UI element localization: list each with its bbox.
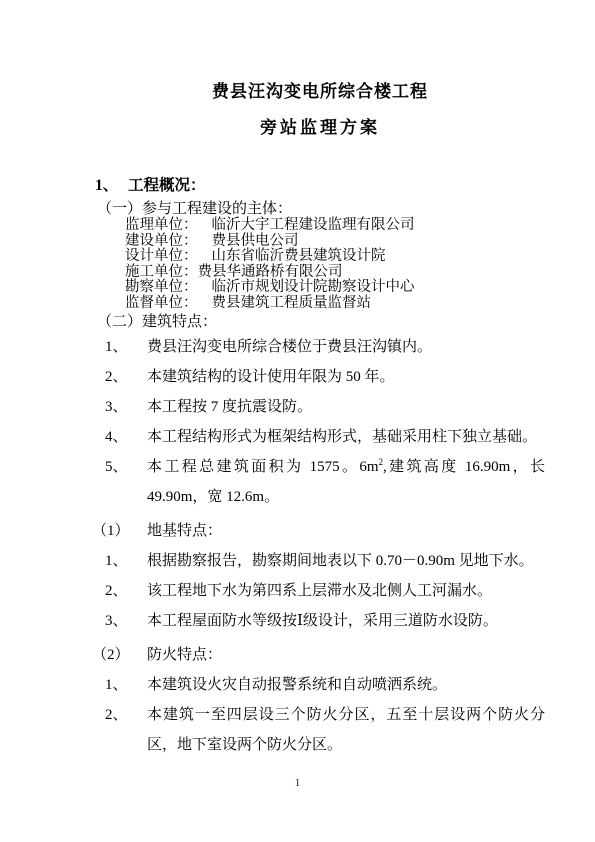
section-number: 1、: [95, 177, 128, 194]
party-row: 施工单位：费县华通路桥有限公司: [125, 265, 415, 281]
party-row: 设计单位：山东省临沂费县建筑设计院: [125, 249, 415, 265]
party-row: 监理单位：临沂大宇工程建设监理有限公司: [125, 218, 415, 234]
subsection-ground-label: （1）: [92, 516, 147, 546]
item-text: 该工程地下水为第四系上层滞水及北侧人工河漏水。: [147, 576, 545, 606]
item-number: 1、: [105, 332, 147, 362]
list-item: 1、 本建筑设火灾自动报警系统和自动喷洒系统。: [90, 670, 545, 700]
item-number: 1、: [105, 546, 147, 576]
subsection-parties-heading: （一）参与工程建设的主体：: [97, 201, 292, 217]
subsection-building-title: 建筑特点：: [142, 314, 217, 330]
subsection-fire-heading: （2） 防火特点：: [90, 640, 545, 670]
item-text-pre: 本工程总建筑面积为 1575。6m: [147, 459, 379, 475]
party-name: 费县华通路桥有限公司: [198, 264, 343, 280]
list-item: 5、 本工程总建筑面积为 1575。6m2,建筑高度 16.90m，长 49.9…: [90, 452, 545, 512]
party-role: 监理单位：: [125, 217, 198, 233]
document-title: 费县汪沟变电所综合楼工程: [90, 83, 550, 101]
list-item: 1、 根据勘察报告，勘察期间地表以下 0.70－0.90m 见地下水。: [90, 546, 545, 576]
item-number: 5、: [105, 452, 147, 512]
item-text: 本建筑结构的设计使用年限为 50 年。: [147, 362, 545, 392]
section-heading-overview: 1、工程概况：: [95, 177, 206, 194]
item-text: 本工程按 7 度抗震设防。: [147, 392, 545, 422]
numbered-list: 1、 费县汪沟变电所综合楼位于费县汪沟镇内。 2、 本建筑结构的设计使用年限为 …: [90, 332, 545, 760]
item-text: 根据勘察报告，勘察期间地表以下 0.70－0.90m 见地下水。: [147, 546, 545, 576]
item-number: 2、: [105, 700, 147, 760]
list-item: 2、 本建筑一至四层设三个防火分区，五至十层设两个防火分区，地下室设两个防火分区…: [90, 700, 545, 760]
party-row: 监督单位：费县建筑工程质量监督站: [125, 296, 415, 312]
party-role: 监督单位：: [125, 295, 198, 311]
item-text: 本工程结构形式为框架结构形式，基础采用柱下独立基础。: [147, 422, 545, 452]
item-number: 3、: [105, 606, 147, 636]
document-subtitle: 旁站监理方案: [90, 119, 550, 137]
item-number: 1、: [105, 670, 147, 700]
subsection-fire-label: （2）: [92, 640, 147, 670]
item-text: 费县汪沟变电所综合楼位于费县汪沟镇内。: [147, 332, 545, 362]
item-number: 2、: [105, 576, 147, 606]
party-name: 临沂大宇工程建设监理有限公司: [212, 217, 415, 233]
party-role: 施工单位：: [125, 264, 198, 280]
party-role: 建设单位：: [125, 233, 198, 249]
list-item: 1、 费县汪沟变电所综合楼位于费县汪沟镇内。: [90, 332, 545, 362]
subsection-parties-title: 参与工程建设的主体：: [142, 201, 292, 217]
item-number: 4、: [105, 422, 147, 452]
item-number: 3、: [105, 392, 147, 422]
item-text: 本工程屋面防水等级按Ⅰ级设计，采用三道防水设防。: [147, 606, 545, 636]
party-name: 临沂市规划设计院勘察设计中心: [212, 279, 415, 295]
party-name: 费县建筑工程质量监督站: [212, 295, 372, 311]
party-role: 勘察单位：: [125, 279, 198, 295]
list-item: 2、 该工程地下水为第四系上层滞水及北侧人工河漏水。: [90, 576, 545, 606]
list-item: 3、 本工程按 7 度抗震设防。: [90, 392, 545, 422]
item-text: 本建筑设火灾自动报警系统和自动喷洒系统。: [147, 670, 545, 700]
section-title: 工程概况：: [128, 177, 206, 194]
party-name: 山东省临沂费县建筑设计院: [212, 248, 386, 264]
party-name: 费县供电公司: [212, 233, 299, 249]
item-text: 本工程总建筑面积为 1575。6m2,建筑高度 16.90m，长 49.90m，…: [147, 452, 545, 512]
page-number: 1: [0, 777, 595, 789]
list-item: 4、 本工程结构形式为框架结构形式，基础采用柱下独立基础。: [90, 422, 545, 452]
parties-list: 监理单位：临沂大宇工程建设监理有限公司 建设单位：费县供电公司 设计单位：山东省…: [125, 218, 415, 311]
subsection-ground-heading: （1） 地基特点：: [90, 516, 545, 546]
subsection-ground-title: 地基特点：: [147, 516, 222, 546]
document-page: 费县汪沟变电所综合楼工程 旁站监理方案 1、工程概况： （一）参与工程建设的主体…: [0, 0, 595, 842]
party-row: 建设单位：费县供电公司: [125, 234, 415, 250]
list-item: 2、 本建筑结构的设计使用年限为 50 年。: [90, 362, 545, 392]
subsection-fire-title: 防火特点：: [147, 640, 222, 670]
item-number: 2、: [105, 362, 147, 392]
party-row: 勘察单位：临沂市规划设计院勘察设计中心: [125, 280, 415, 296]
party-role: 设计单位：: [125, 248, 198, 264]
list-item: 3、 本工程屋面防水等级按Ⅰ级设计，采用三道防水设防。: [90, 606, 545, 636]
subsection-building-label: （二）: [97, 314, 142, 330]
item-text: 本建筑一至四层设三个防火分区，五至十层设两个防火分区，地下室设两个防火分区。: [147, 700, 545, 760]
subsection-parties-label: （一）: [97, 201, 142, 217]
subsection-building-heading: （二）建筑特点：: [97, 314, 217, 330]
